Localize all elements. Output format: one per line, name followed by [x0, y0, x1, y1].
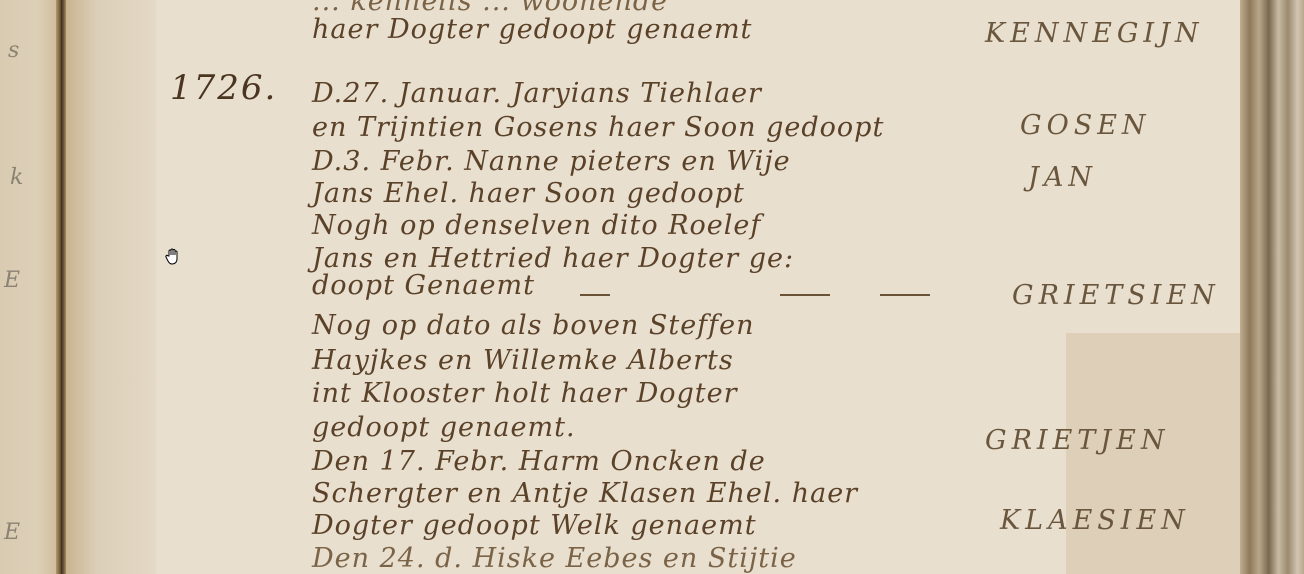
register-line: D.27. Januar. Jaryians Tiehlaer	[312, 78, 762, 109]
image-viewer-canvas[interactable]: s k E E 1726. ... kennelis ... woonende …	[0, 0, 1304, 574]
margin-name: KLAESIEN	[1000, 505, 1190, 536]
register-line: Schergter en Antje Klasen Ehel. haer	[312, 478, 858, 509]
rule-mark	[880, 294, 930, 296]
register-line: D.3. Febr. Nanne pieters en Wije	[312, 146, 791, 177]
left-page-fragment: E	[4, 268, 20, 293]
left-page-fragment: s	[8, 38, 19, 63]
register-line: int Klooster holt haer Dogter	[312, 378, 738, 409]
register-line: Jans Ehel. haer Soon gedoopt	[312, 178, 745, 209]
rule-mark	[780, 294, 830, 296]
rule-mark	[580, 294, 610, 296]
register-line: Den 24. d. Hiske Eebes en Stijtie	[312, 543, 797, 574]
register-line: Nogh op denselven dito Roelef	[312, 210, 761, 241]
margin-name: GOSEN	[1020, 110, 1151, 141]
left-page-fragment: k	[10, 165, 23, 190]
register-line: Nog op dato als boven Steffen	[312, 310, 755, 341]
book-gutter	[56, 0, 66, 574]
gutter-shadow	[66, 0, 156, 574]
margin-name: KENNEGIJN	[985, 18, 1204, 49]
register-line: Dogter gedoopt Welk genaemt	[312, 510, 757, 541]
register-line: Hayjkes en Willemke Alberts	[312, 345, 734, 376]
register-line: Den 17. Febr. Harm Oncken de	[312, 446, 766, 477]
left-page-fragment: E	[4, 520, 20, 545]
margin-name: GRIETJEN	[985, 425, 1169, 456]
register-line: doopt Genaemt	[312, 270, 535, 301]
year-heading: 1726.	[170, 68, 277, 108]
register-line: en Trijntien Gosens haer Soon gedoopt	[312, 112, 884, 143]
margin-name: JAN	[1028, 162, 1097, 193]
register-line: haer Dogter gedoopt genaemt	[312, 14, 752, 45]
register-line: gedoopt genaemt.	[312, 412, 576, 443]
hand-pan-icon	[165, 248, 181, 266]
page-stack-edge	[1240, 0, 1304, 574]
left-page-edge: s k E E	[0, 0, 62, 574]
margin-name: GRIETSIEN	[1012, 280, 1220, 311]
